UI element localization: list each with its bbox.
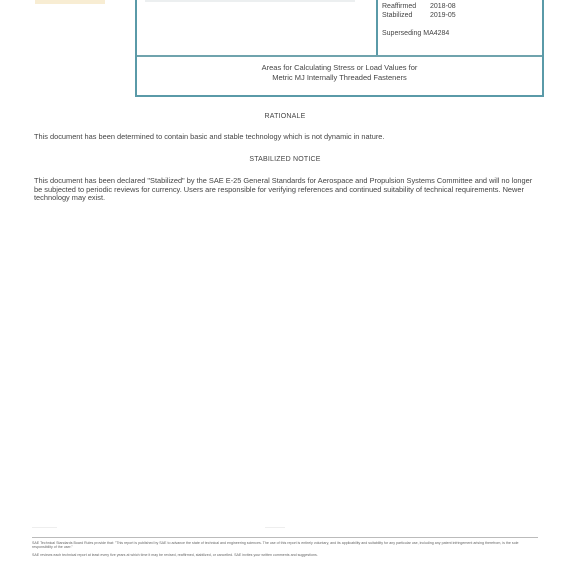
sae-logo [35, 0, 105, 4]
footer-divider [32, 537, 538, 538]
footer-review-notice: SAE reviews each technical report at lea… [32, 553, 538, 557]
status-row-stabilized: Stabilized 2019-05 [382, 11, 456, 20]
status-label: Stabilized [382, 11, 430, 20]
document-header-box: Reaffirmed 2018-08 Stabilized 2019-05 Su… [135, 0, 544, 97]
footer-disclaimer: SAE Technical Standards Board Rules prov… [32, 541, 538, 550]
status-row-reaffirmed: Reaffirmed 2018-08 [382, 2, 456, 11]
header-top-row: Reaffirmed 2018-08 Stabilized 2019-05 Su… [137, 0, 542, 57]
status-label: Reaffirmed [382, 2, 430, 11]
footer-mark-center [265, 527, 285, 528]
rationale-heading: RATIONALE [0, 113, 570, 120]
document-title: Areas for Calculating Stress or Load Val… [137, 63, 542, 83]
footer-mark-left [32, 527, 57, 528]
stabilized-notice-heading: STABILIZED NOTICE [0, 156, 570, 163]
header-id-cell [137, 0, 378, 55]
document-type-heading [145, 0, 355, 2]
header-status-cell: Reaffirmed 2018-08 Stabilized 2019-05 Su… [382, 2, 456, 38]
title-line-2: Metric MJ Internally Threaded Fasteners [137, 73, 542, 83]
stabilized-notice-text: This document has been declared "Stabili… [34, 177, 539, 203]
status-date: 2018-08 [430, 2, 456, 11]
title-line-1: Areas for Calculating Stress or Load Val… [137, 63, 542, 73]
rationale-text: This document has been determined to con… [34, 133, 539, 142]
status-date: 2019-05 [430, 11, 456, 20]
superseding-note: Superseding MA4284 [382, 29, 456, 38]
